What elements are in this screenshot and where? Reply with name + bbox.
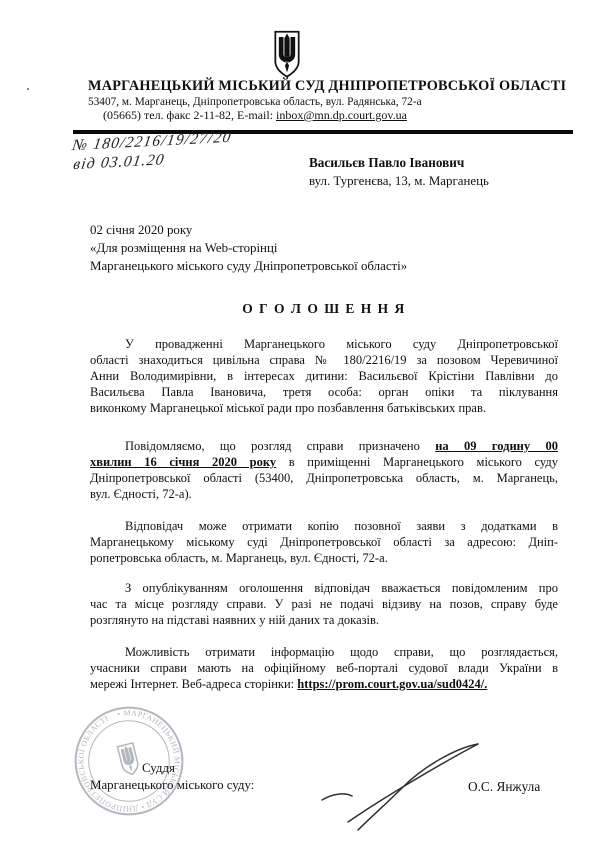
paragraph: З опублікуванням оголошення відповідач в…: [90, 580, 558, 628]
body-text: Анни Володимирівни, в інтересах дитини: …: [90, 369, 558, 383]
paragraph: Повідомляємо, що розгляд справи призначе…: [90, 438, 558, 502]
purpose-line-1: «Для розміщення на Web-сторінці: [90, 239, 407, 257]
paragraph: Можливість отримати інформацію щодо спра…: [90, 644, 558, 692]
addressee-name: Васильєв Павло Іванович: [309, 154, 489, 172]
text-line: Можливість отримати інформацію щодо спра…: [90, 644, 558, 660]
text-line: хвилин 16 січня 2020 року в приміщенні М…: [90, 454, 558, 470]
body-text: У провадженні Марганецького міського суд…: [125, 337, 558, 351]
text-line: ропетровська область, м. Марганець, вул.…: [90, 550, 558, 566]
body-text: вул. Єдності, 72-а).: [90, 487, 192, 501]
emphasized-text: на 09 годину 00: [435, 439, 558, 453]
doc-meta: 02 січня 2020 року «Для розміщення на We…: [90, 221, 407, 275]
text-line: Анни Володимирівни, в інтересах дитини: …: [90, 368, 558, 384]
text-line: учасники справи мають на офіційному веб-…: [90, 660, 558, 676]
text-line: області знаходиться цивільна справа № 18…: [90, 352, 558, 368]
court-contacts: (05665) тел. факс 2-11-82, E-mail: inbox…: [88, 109, 588, 122]
addressee-address: вул. Тургенєва, 13, м. Марганець: [309, 172, 489, 190]
body-text: З опублікуванням оголошення відповідач в…: [125, 581, 558, 595]
body-text: розглянуто на підставі наявних у ній дан…: [90, 613, 379, 627]
body-text: виконкому Марганецької міської ради про …: [90, 401, 486, 415]
body-text: області знаходиться цивільна справа № 18…: [90, 353, 558, 367]
paragraph: Відповідач може отримати копію позовної …: [90, 518, 558, 566]
body-text: в приміщенні Марганецького міського суду: [276, 455, 558, 469]
letterhead: МАРГАНЕЦЬКИЙ МІСЬКИЙ СУД ДНІПРОПЕТРОВСЬК…: [88, 79, 588, 122]
scanned-court-letter: МАРГАНЕЦЬКИЙ МІСЬКИЙ СУД ДНІПРОПЕТРОВСЬК…: [0, 0, 600, 854]
court-name: МАРГАНЕЦЬКИЙ МІСЬКИЙ СУД ДНІПРОПЕТРОВСЬК…: [88, 79, 588, 94]
text-line: Дніпропетровської області (53400, Дніпро…: [90, 470, 558, 486]
text-line: вул. Єдності, 72-а).: [90, 486, 558, 502]
text-line: Васильєва Павла Івановича, третя особа: …: [90, 384, 558, 400]
text-line: виконкому Марганецької міської ради про …: [90, 400, 558, 416]
text-line: З опублікуванням оголошення відповідач в…: [90, 580, 558, 596]
doc-date: 02 січня 2020 року: [90, 221, 407, 239]
text-line: Повідомляємо, що розгляд справи призначе…: [90, 438, 558, 454]
paragraph: У провадженні Марганецького міського суд…: [90, 336, 558, 416]
text-line: час та місце розгляду справи. У разі не …: [90, 596, 558, 612]
body-text: ропетровська область, м. Марганець, вул.…: [90, 551, 388, 565]
body-text: час та місце розгляду справи. У разі не …: [90, 597, 558, 611]
judge-role-line-2: Марганецького міського суду:: [90, 777, 254, 794]
text-line: Відповідач може отримати копію позовної …: [90, 518, 558, 534]
emphasized-text: хвилин 16 січня 2020 року: [90, 455, 276, 469]
emphasized-text[interactable]: https://prom.court.gov.ua/sud0424/.: [297, 677, 487, 691]
body-text: Можливість отримати інформацію щодо спра…: [125, 645, 558, 659]
text-line: мережі Інтернет. Веб-адреса сторінки: ht…: [90, 676, 558, 692]
scan-artifact-dot: [27, 88, 29, 90]
body-text: учасники справи мають на офіційному веб-…: [90, 661, 558, 675]
announcement-title: О Г О Л О Ш Е Н Н Я: [90, 301, 558, 317]
judge-role-block: Суддя Марганецького міського суду:: [90, 760, 254, 794]
judge-role-line-1: Суддя: [90, 760, 254, 777]
handwritten-note: № 180/2216/19/27/20 від 03.01.20: [68, 128, 233, 175]
contacts-text: (05665) тел. факс 2-11-82, E-mail:: [103, 108, 276, 122]
body-text: Васильєва Павла Івановича, третя особа: …: [90, 385, 558, 399]
body-text: Дніпропетровської області (53400, Дніпро…: [90, 471, 558, 485]
text-line: розглянуто на підставі наявних у ній дан…: [90, 612, 558, 628]
purpose-line-2: Марганецького міського суду Дніпропетров…: [90, 257, 407, 275]
body-text: Відповідач може отримати копію позовної …: [125, 519, 558, 533]
body-text: мережі Інтернет. Веб-адреса сторінки:: [90, 677, 297, 691]
text-line: У провадженні Марганецького міського суд…: [90, 336, 558, 352]
announcement-body: У провадженні Марганецького міського суд…: [90, 336, 558, 708]
body-text: Марганецькому міському суді Дніпропетров…: [90, 535, 558, 549]
body-text: Повідомляємо, що розгляд справи призначе…: [125, 439, 435, 453]
judge-name: О.С. Янжула: [468, 779, 540, 795]
ukraine-trident-icon: [266, 30, 308, 79]
text-line: Марганецькому міському суді Дніпропетров…: [90, 534, 558, 550]
email-link[interactable]: inbox@mn.dp.court.gov.ua: [276, 108, 407, 122]
addressee-block: Васильєв Павло Іванович вул. Тургенєва, …: [309, 154, 489, 190]
